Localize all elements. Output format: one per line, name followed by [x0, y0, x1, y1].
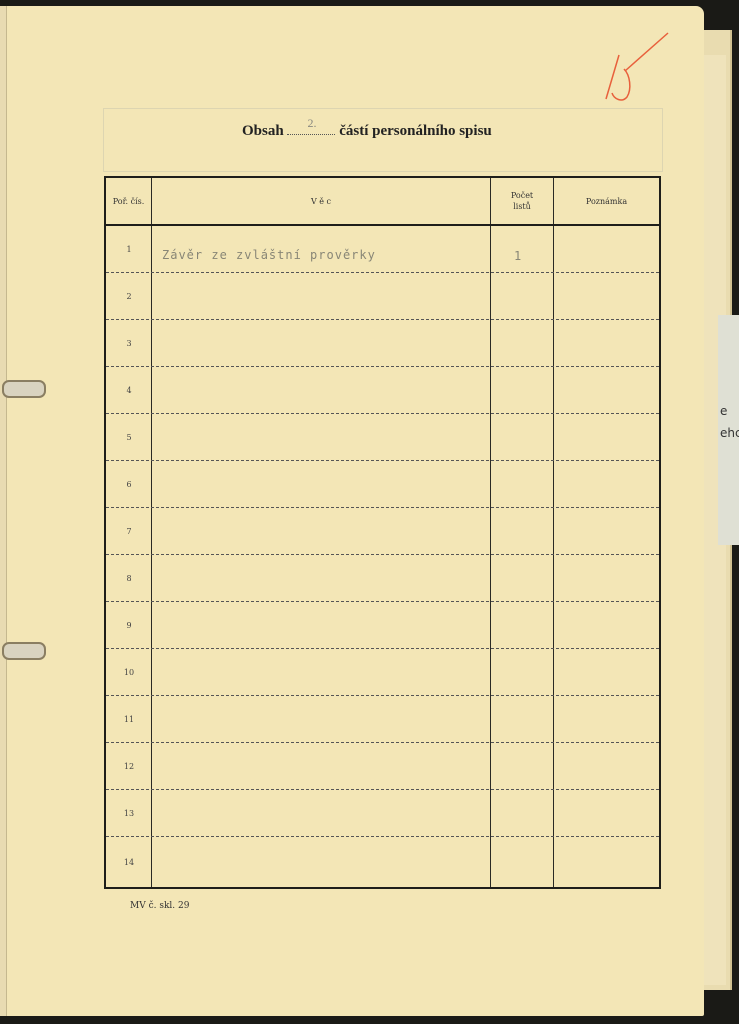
binder-spine	[0, 6, 7, 1016]
header-pocet-listu: Počet listů	[491, 178, 553, 224]
table-row: 4	[106, 367, 659, 414]
header-vec: V ě c	[152, 178, 490, 224]
page-title: Obsah 2. částí personálního spisu	[242, 122, 492, 140]
table-row: 2	[106, 273, 659, 320]
table-row: 6	[106, 461, 659, 508]
table-row: 9	[106, 602, 659, 649]
row-pocet: 1	[514, 249, 522, 263]
table-row: 12	[106, 743, 659, 790]
table-row: 8	[106, 555, 659, 602]
binder-ring-top	[2, 380, 46, 398]
table-row: 13	[106, 790, 659, 837]
title-number-field: 2.	[287, 122, 335, 135]
document-page: Obsah 2. částí personálního spisu Poř. č…	[0, 6, 704, 1016]
header-poznamka: Poznámka	[554, 178, 659, 224]
form-code: MV č. skl. 29	[130, 901, 189, 911]
table-row: 7	[106, 508, 659, 555]
row-vec: Závěr ze zvláštní prověrky	[162, 248, 376, 262]
table-row: 5	[106, 414, 659, 461]
table-row: 14	[106, 837, 659, 887]
header-cislo: Poř. čís.	[106, 178, 151, 224]
bleed-through-header	[103, 108, 663, 172]
contents-table: Poř. čís. V ě c Počet listů Poznámka 1 Z…	[104, 176, 661, 889]
side-insert-text: e ehc	[720, 400, 739, 444]
table-row: 1 Závěr ze zvláštní prověrky 1	[106, 226, 659, 273]
table-row: 11	[106, 696, 659, 743]
table-row: 3	[106, 320, 659, 367]
red-page-number-mark	[600, 31, 670, 106]
table-row: 10	[106, 649, 659, 696]
binder-ring-bottom	[2, 642, 46, 660]
